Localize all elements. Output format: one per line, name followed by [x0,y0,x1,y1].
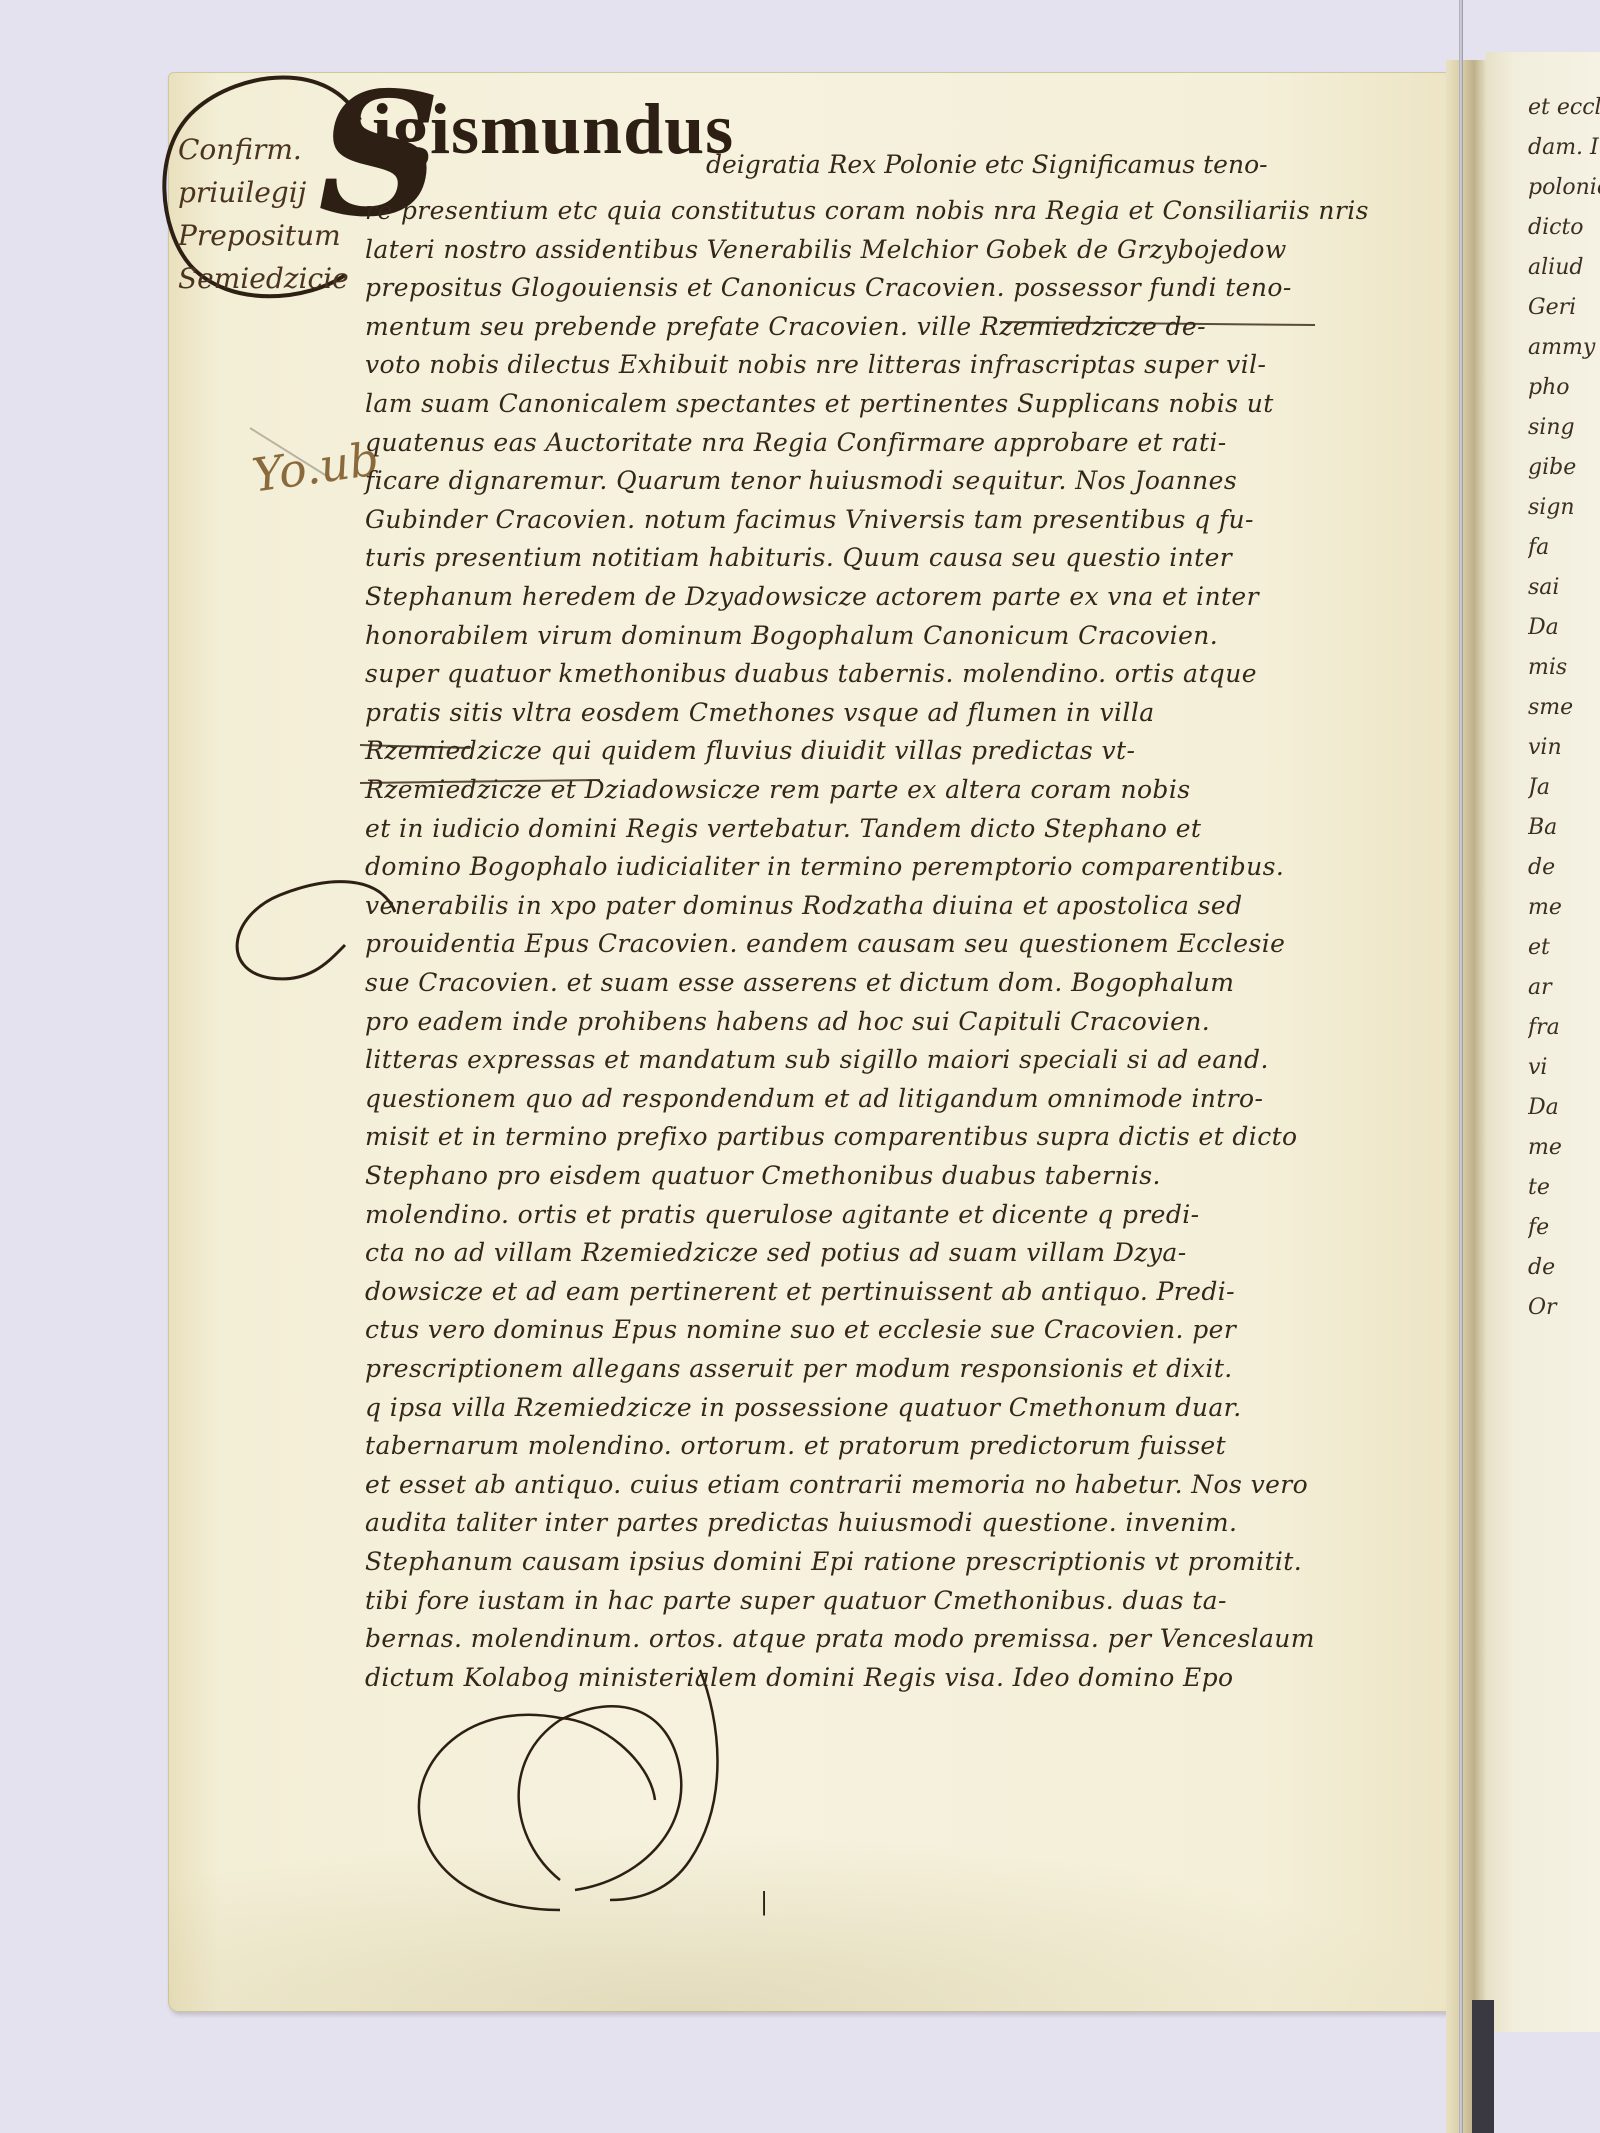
facing-page-line: Ba [1528,815,1600,840]
manuscript-line: dictum Kolabog ministerialem domini Regi… [365,1663,1234,1692]
manuscript-line: prouidentia Epus Cracovien. eandem causa… [365,929,1285,958]
folio-mark: | [760,1888,768,1916]
facing-page-line: sign [1528,495,1600,520]
manuscript-line: Rzemiedzicze et Dziadowsicze rem parte e… [365,775,1190,804]
facing-page-line: Da [1528,1095,1600,1120]
facing-page-line: et ecclie [1528,95,1600,120]
manuscript-line: Gubinder Cracovien. notum facimus Vniver… [365,505,1254,534]
manuscript-line: dowsicze et ad eam pertinerent et pertin… [365,1277,1235,1306]
facing-page-line: dam. I [1528,135,1600,160]
manuscript-line: Stephano pro eisdem quatuor Cmethonibus … [365,1161,1161,1190]
facing-page-line: Geri [1528,295,1600,320]
manuscript-line: et in iudicio domini Regis vertebatur. T… [365,814,1201,843]
manuscript-line: sue Cracovien. et suam esse asserens et … [365,968,1234,997]
facing-page-line: sme [1528,695,1600,720]
manuscript-line: quatenus eas Auctoritate nra Regia Confi… [365,428,1227,457]
margin-note-line: Semiedzicie [178,257,343,300]
facing-page-line: de [1528,1255,1600,1280]
manuscript-line: lam suam Canonicalem spectantes et perti… [365,389,1274,418]
bottom-descender [610,1670,718,1900]
bottom-loop-left [419,1715,655,1910]
facing-page-line: ar [1528,975,1600,1000]
manuscript-line: Stephanum causam ipsius domini Epi ratio… [365,1547,1302,1576]
manuscript-line: misit et in termino prefixo partibus com… [365,1122,1298,1151]
manuscript-line: super quatuor kmethonibus duabus taberni… [365,659,1257,688]
facing-page-line: fe [1528,1215,1600,1240]
facing-page-line: mis [1528,655,1600,680]
manuscript-line: molendino. ortis et pratis querulose agi… [365,1200,1199,1229]
manuscript-line: honorabilem virum dominum Bogophalum Can… [365,621,1218,650]
manuscript-line: lateri nostro assidentibus Venerabilis M… [365,235,1287,264]
manuscript-line: Stephanum heredem de Dzyadowsicze actore… [365,582,1259,611]
manuscript-line: mentum seu prebende prefate Cracovien. v… [365,312,1206,341]
manuscript-line: prescriptionem allegans asseruit per mod… [365,1354,1233,1383]
manuscript-line: q ipsa villa Rzemiedzicze in possessione… [365,1393,1242,1422]
manuscript-line: prepositus Glogouiensis et Canonicus Cra… [365,273,1292,302]
facing-page-line: dicto [1528,215,1600,240]
manuscript-line: voto nobis dilectus Exhibuit nobis nre l… [365,350,1266,379]
facing-page-line: Da [1528,615,1600,640]
bottom-loop-right [519,1706,682,1890]
manuscript-line: ficare dignaremur. Quarum tenor huiusmod… [365,466,1237,495]
facing-page-line: sing [1528,415,1600,440]
manuscript-line: litteras expressas et mandatum sub sigil… [365,1045,1269,1074]
facing-page-line: polonie [1528,175,1600,200]
heading-continuation: deigratia Rex Polonie etc Significamus t… [706,150,1268,179]
manuscript-line: Rzemiedzicze qui quidem fluvius diuidit … [365,736,1135,765]
manuscript-line: cta no ad villam Rzemiedzicze sed potius… [365,1238,1187,1267]
facing-page-line: Or [1528,1295,1600,1320]
facing-page-line: fa [1528,535,1600,560]
manuscript-line: questionem quo ad respondendum et ad lit… [365,1084,1263,1113]
facing-page-line: fra [1528,1015,1600,1040]
manuscript-line: tabernarum molendino. ortorum. et prator… [365,1431,1226,1460]
facing-page-line: pho [1528,375,1600,400]
facing-page-line: Ja [1528,775,1600,800]
facing-page-line: te [1528,1175,1600,1200]
facing-page-line: vi [1528,1055,1600,1080]
manuscript-line: audita taliter inter partes predictas hu… [365,1508,1237,1537]
manuscript-line: domino Bogophalo iudicialiter in termino… [365,852,1284,881]
manuscript-line: et esset ab antiquo. cuius etiam contrar… [365,1470,1308,1499]
heading-sigismundus: igismundus [372,88,734,171]
facing-page-line: et [1528,935,1600,960]
facing-page-line: ammy [1528,335,1600,360]
facing-page-line: gibe [1528,455,1600,480]
facing-page-line: de [1528,855,1600,880]
facing-page-line: vin [1528,735,1600,760]
manuscript-line: re presentium etc quia constitutus coram… [365,196,1369,225]
facing-page-line: me [1528,895,1600,920]
facing-page-line: me [1528,1135,1600,1160]
manuscript-line: pratis sitis vltra eosdem Cmethones vsqu… [365,698,1155,727]
manuscript-line: turis presentium notitiam habituris. Quu… [365,543,1232,572]
manuscript-line: venerabilis in xpo pater dominus Rodzath… [365,891,1243,920]
facing-page-line: aliud [1528,255,1600,280]
manuscript-line: tibi fore iustam in hac parte super quat… [365,1586,1227,1615]
manuscript-line: ctus vero dominus Epus nomine suo et ecc… [365,1315,1236,1344]
facing-page-line: sai [1528,575,1600,600]
manuscript-line: pro eadem inde prohibens habens ad hoc s… [365,1007,1210,1036]
manuscript-line: bernas. molendinum. ortos. atque prata m… [365,1624,1315,1653]
